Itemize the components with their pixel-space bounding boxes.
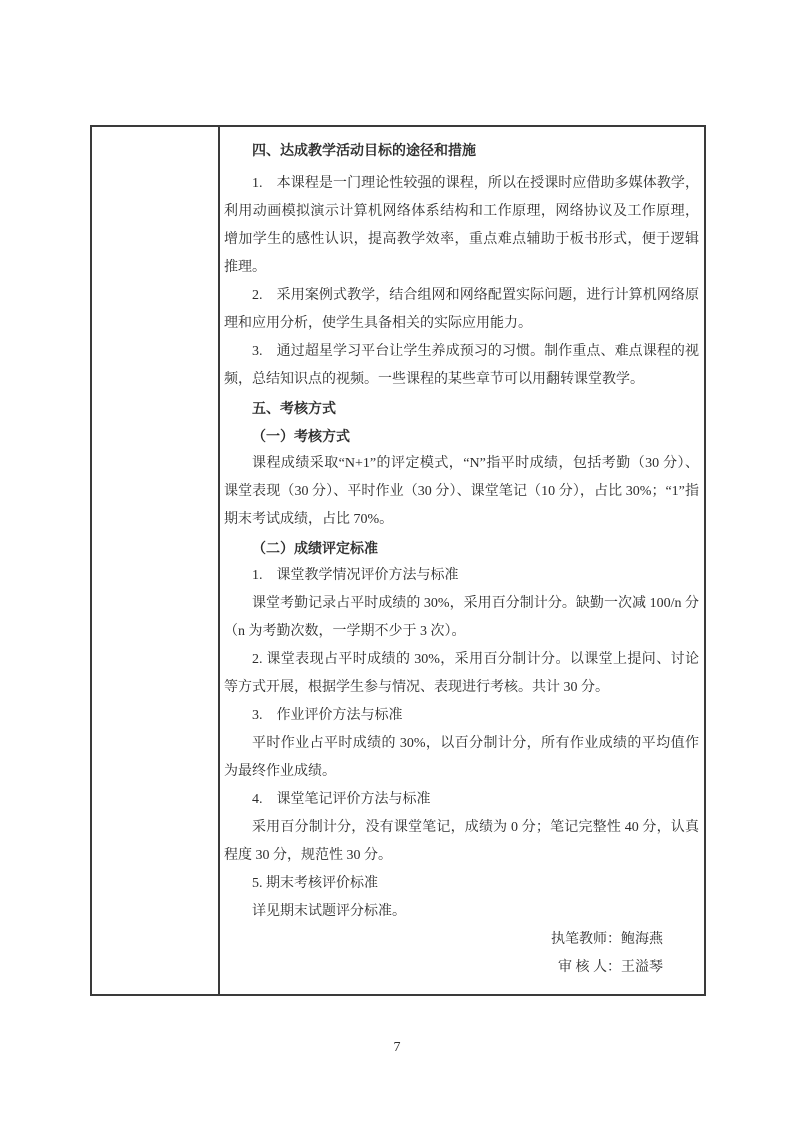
item-4-title: 4. 课堂笔记评价方法与标准 [224, 786, 699, 814]
heading-subsection-2: （二）成绩评定标准 [224, 534, 699, 562]
para-measure-1: 1. 本课程是一门理论性较强的课程，所以在授课时应借助多媒体教学，利用动画模拟演… [224, 170, 699, 282]
item-1-body: 课堂考勤记录占平时成绩的 30%，采用百分制计分。缺勤一次减 100/n 分（n… [224, 590, 699, 646]
item-5-title: 5. 期末考核评价标准 [224, 870, 699, 898]
signature-reviewer: 审 核 人：王溢琴 [224, 954, 699, 982]
heading-subsection-1: （一）考核方式 [224, 422, 699, 450]
item-3-title: 3. 作业评价方法与标准 [224, 702, 699, 730]
item-1-title: 1. 课堂教学情况评价方法与标准 [224, 562, 699, 590]
para-measure-2: 2. 采用案例式教学，结合组网和网络配置实际问题，进行计算机网络原理和应用分析，… [224, 282, 699, 338]
item-2-paragraph: 2. 课堂表现占平时成绩的 30%，采用百分制计分。以课堂上提问、讨论等方式开展… [224, 646, 699, 702]
heading-section-5: 五、考核方式 [224, 394, 699, 422]
item-4-body: 采用百分制计分，没有课堂笔记，成绩为 0 分；笔记完整性 40 分，认真程度 3… [224, 814, 699, 870]
table-right-cell-content: 四、达成教学活动目标的途径和措施 1. 本课程是一门理论性较强的课程，所以在授课… [220, 127, 704, 994]
para-grading-mode: 课程成绩采取“N+1”的评定模式，“N”指平时成绩，包括考勤（30 分）、课堂表… [224, 450, 699, 534]
signature-writer: 执笔教师：鲍海燕 [224, 926, 699, 954]
item-5-body: 详见期末试题评分标准。 [224, 898, 699, 926]
para-measure-3: 3. 通过超星学习平台让学生养成预习的习惯。制作重点、难点课程的视频，总结知识点… [224, 338, 699, 394]
table-left-cell-empty [92, 127, 220, 994]
page-number: 7 [0, 1038, 794, 1058]
syllabus-table-row: 四、达成教学活动目标的途径和措施 1. 本课程是一门理论性较强的课程，所以在授课… [90, 125, 706, 996]
heading-section-4: 四、达成教学活动目标的途径和措施 [224, 136, 699, 164]
item-3-body: 平时作业占平时成绩的 30%，以百分制计分，所有作业成绩的平均值作为最终作业成绩… [224, 730, 699, 786]
document-page: 四、达成教学活动目标的途径和措施 1. 本课程是一门理论性较强的课程，所以在授课… [0, 0, 794, 1123]
